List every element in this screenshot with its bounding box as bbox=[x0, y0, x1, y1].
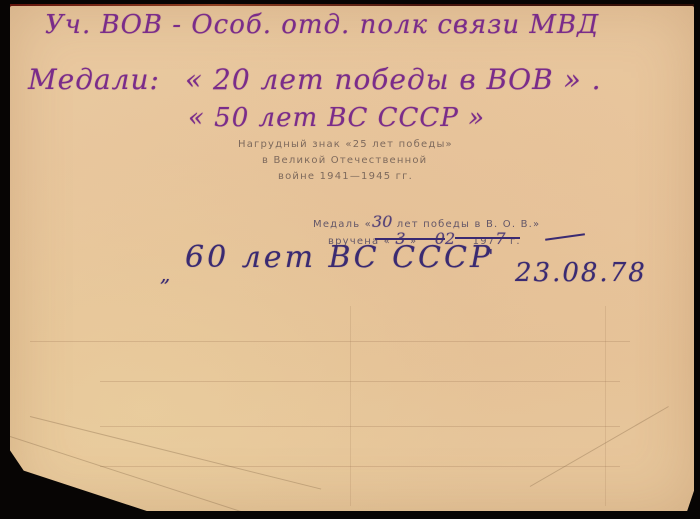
handwritten-open-quote: „ bbox=[160, 262, 171, 286]
handwritten-60-years-medal: 60 лет ВС СССР bbox=[185, 240, 493, 275]
faded-rule-line bbox=[100, 466, 620, 467]
fold-line bbox=[605, 306, 606, 506]
paper-crease bbox=[30, 416, 321, 490]
faded-rule-line bbox=[100, 426, 620, 427]
paper-crease bbox=[530, 406, 669, 487]
handwritten-medals-label: Медали: bbox=[28, 63, 160, 96]
printed-stamp-line-2: в Великой Отечественной bbox=[262, 155, 427, 166]
paper-crease bbox=[10, 436, 258, 517]
strike-line-month bbox=[455, 237, 520, 239]
faded-rule-line bbox=[100, 381, 620, 382]
handwritten-close-quote: " bbox=[485, 246, 494, 267]
handwritten-medal-1: « 20 лет победы в ВОВ » . bbox=[185, 63, 602, 96]
faded-rule-line bbox=[30, 341, 630, 342]
handwritten-date: 23.08.78 bbox=[515, 258, 647, 288]
printed-stamp-line-3: войне 1941—1945 гг. bbox=[278, 171, 413, 182]
printed-stamp-line-1: Нагрудный знак «25 лет победы» bbox=[238, 139, 453, 150]
handwritten-service-line: Уч. ВОВ - Особ. отд. полк связи МВД bbox=[45, 10, 599, 40]
fold-line bbox=[350, 306, 351, 506]
awarded-year-digit: 7 bbox=[495, 229, 505, 248]
handwritten-medal-2: « 50 лет ВС СССР » bbox=[188, 103, 485, 133]
